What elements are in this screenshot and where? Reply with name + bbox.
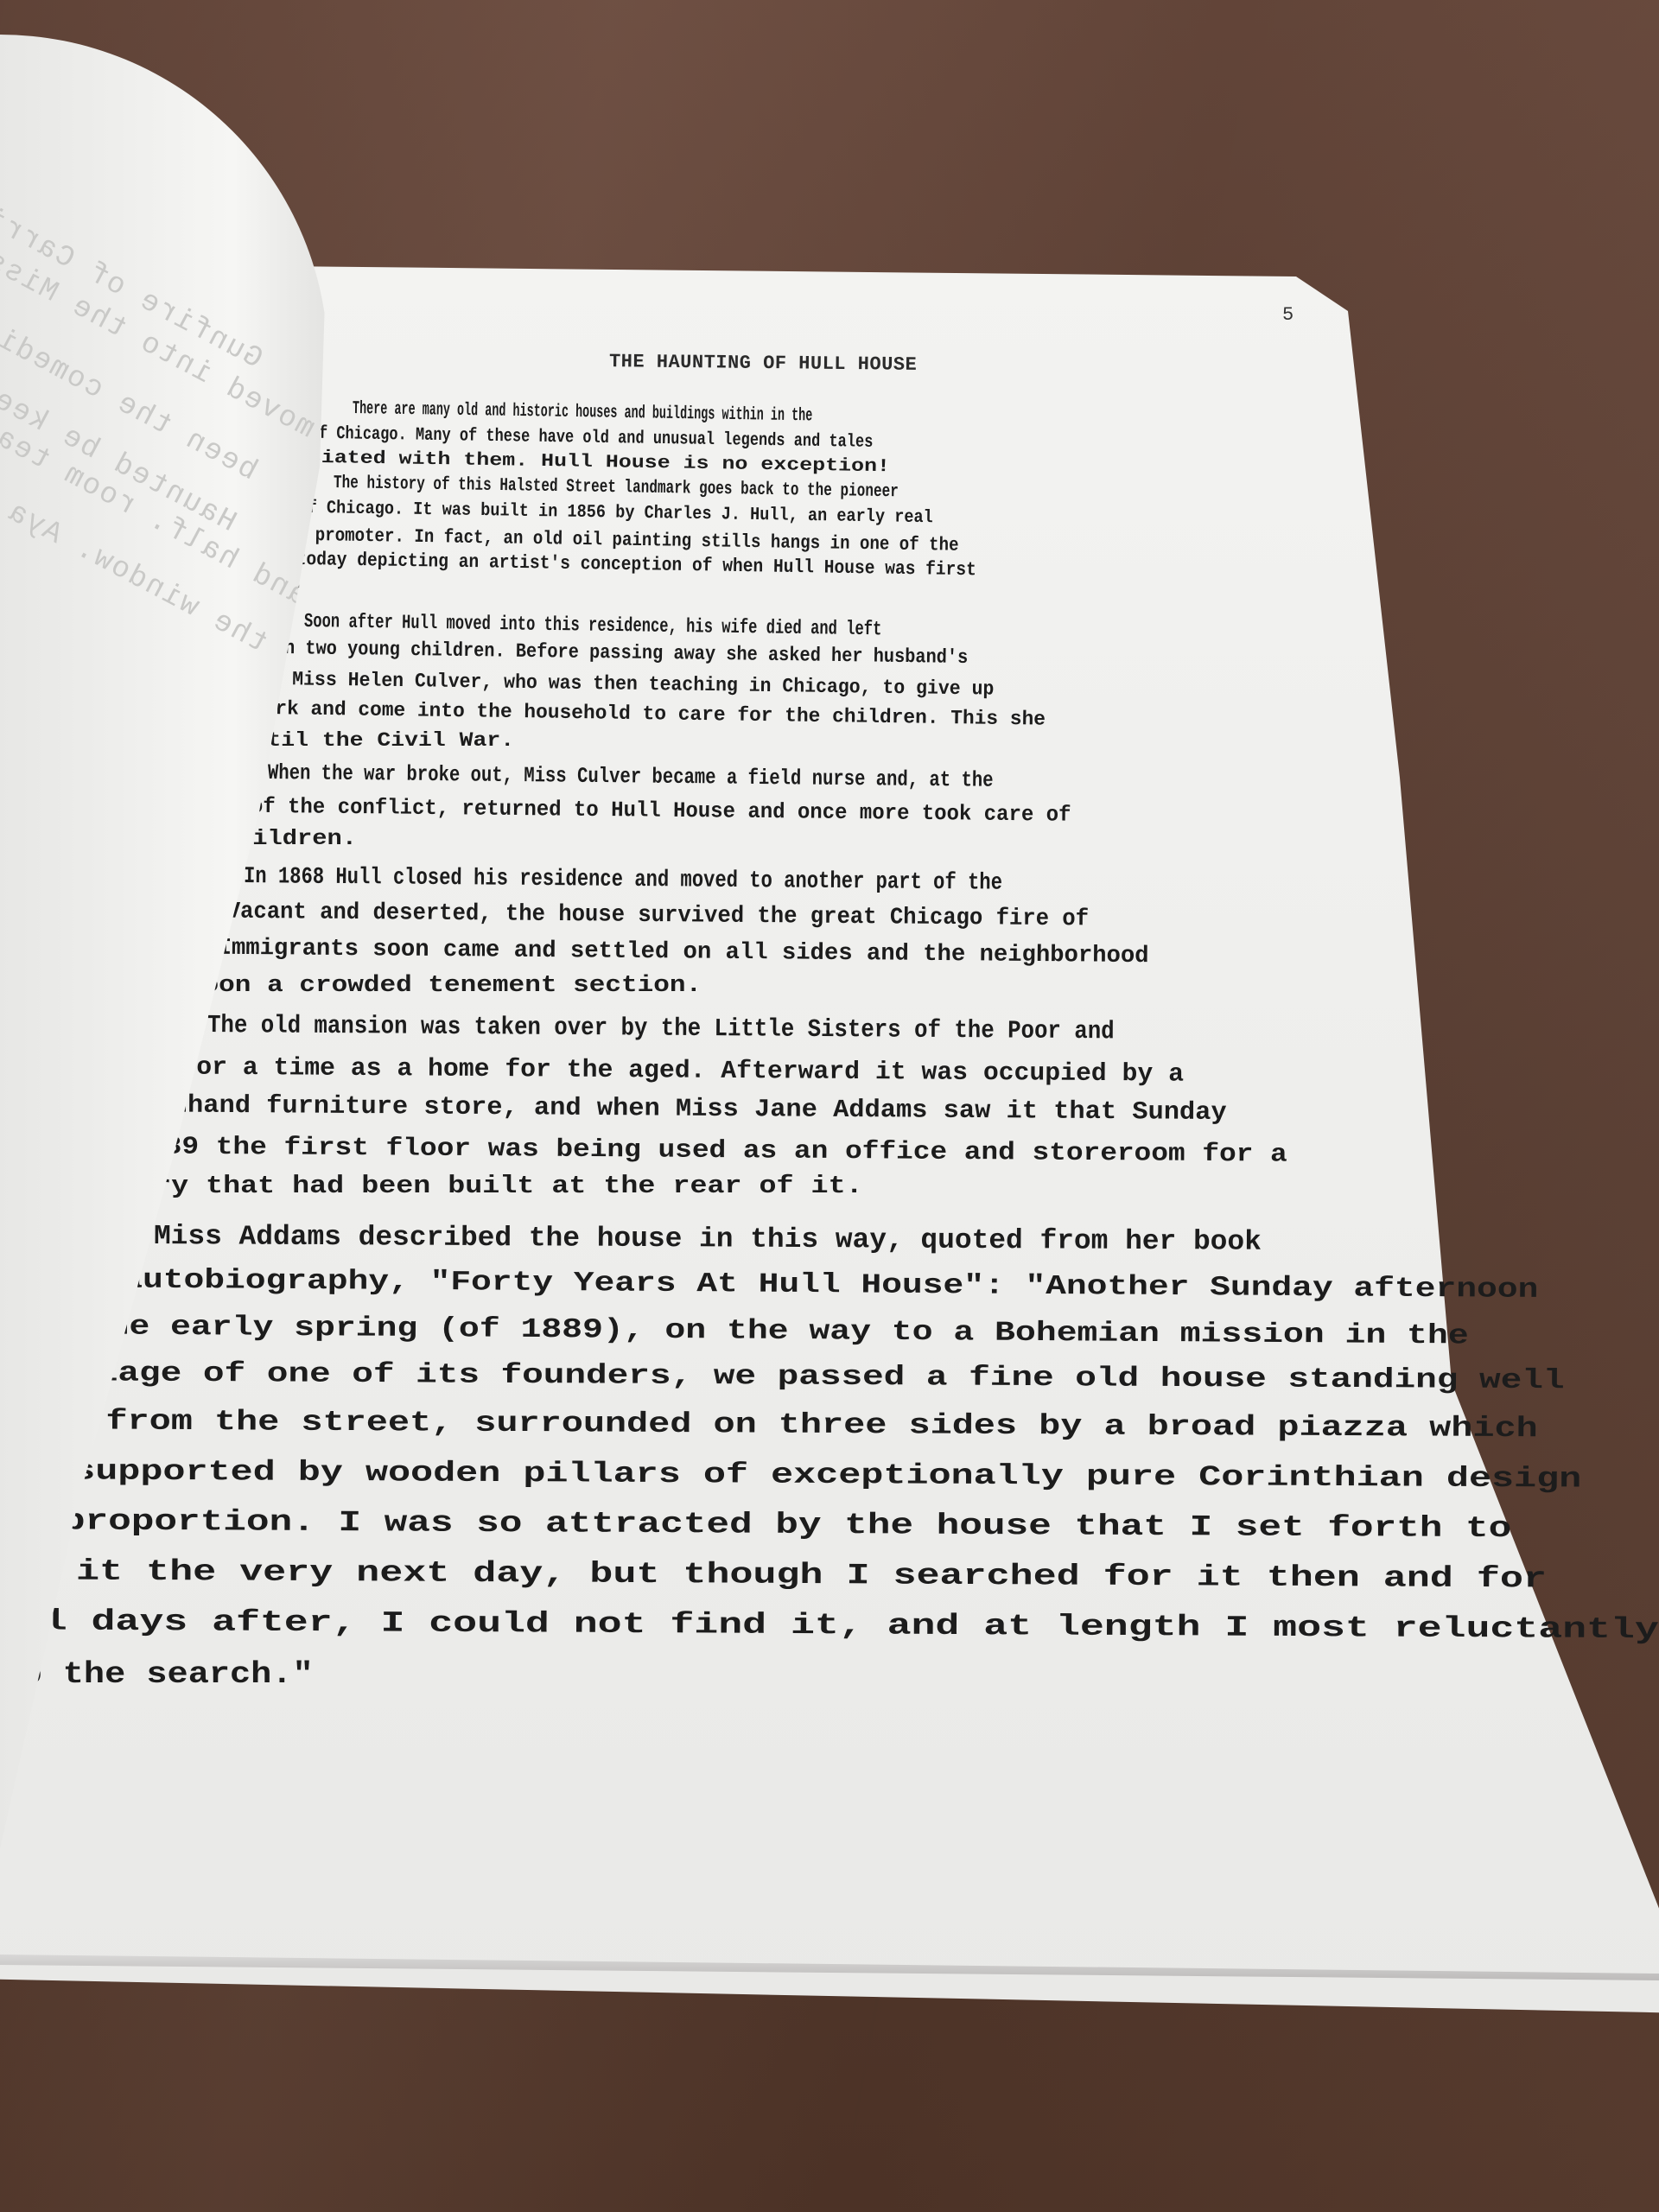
document-title: THE HAUNTING OF HULL HOUSE — [609, 351, 918, 376]
text-line: as soon a crowded tenement section. — [138, 973, 702, 999]
text-line: e up the search." — [0, 1657, 314, 1692]
text-line: Miss Addams described the house in this … — [154, 1220, 1262, 1258]
page-number: 5 — [1282, 304, 1294, 326]
text-line: actory that had been built at the rear o… — [85, 1172, 863, 1200]
